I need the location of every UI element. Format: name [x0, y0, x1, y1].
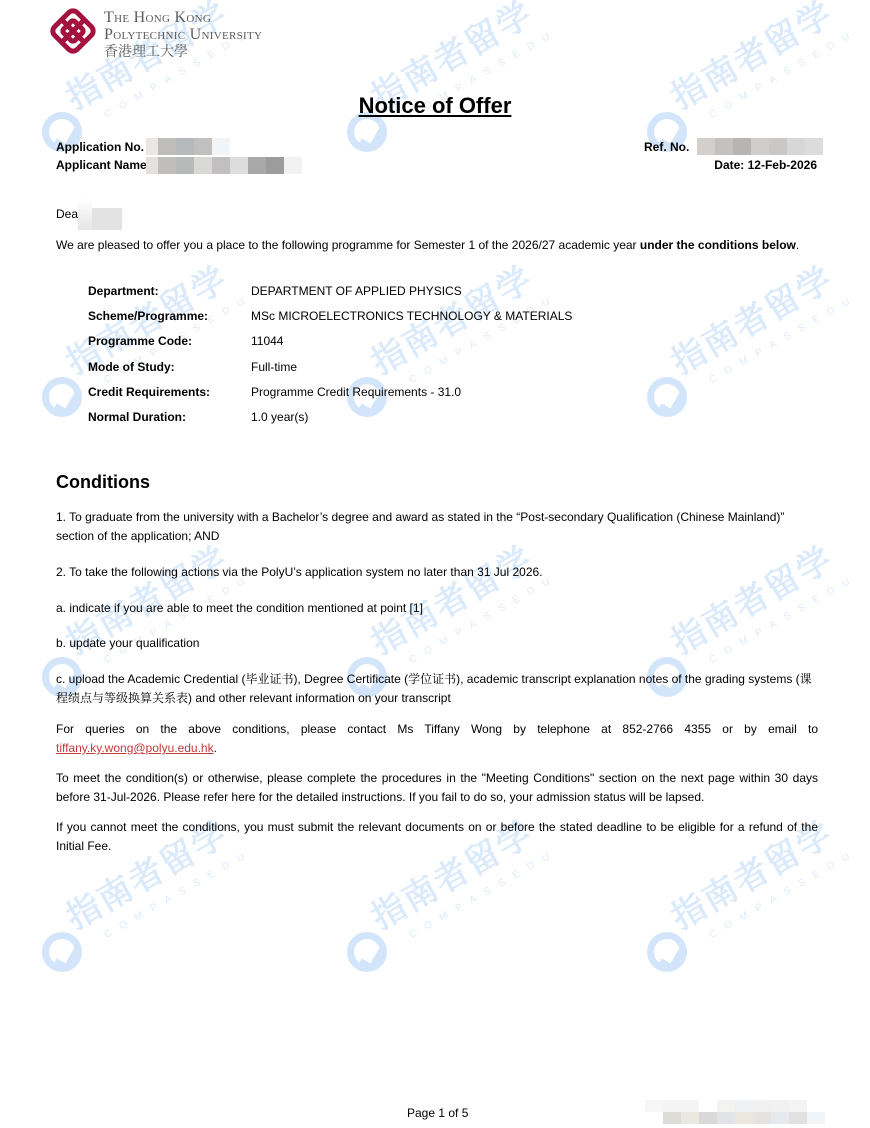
info-label: Mode of Study: [88, 360, 175, 374]
recipient-name-redacted [78, 198, 122, 230]
info-value: Programme Credit Requirements - 31.0 [251, 385, 461, 399]
page-title: Notice of Offer [0, 93, 870, 119]
meeting-conditions-paragraph: To meet the condition(s) or otherwise, p… [56, 769, 818, 807]
application-no-redacted [146, 138, 230, 155]
intro-paragraph: We are pleased to offer you a place to t… [56, 236, 818, 255]
refund-paragraph: If you cannot meet the conditions, you m… [56, 818, 818, 856]
watermark-logo-icon [42, 377, 82, 417]
condition-item-1: 1. To graduate from the university with … [56, 508, 818, 546]
info-value: 1.0 year(s) [251, 410, 308, 424]
conditions-heading: Conditions [56, 472, 150, 493]
applicant-name-redacted [146, 157, 302, 174]
university-name-line2: Polytechnic University [104, 26, 262, 43]
ref-no-label: Ref. No. [644, 140, 689, 154]
info-label: Scheme/Programme: [88, 309, 208, 323]
intro-text: We are pleased to offer you a place to t… [56, 238, 640, 252]
offer-date: Date: 12-Feb-2026 [714, 158, 817, 172]
watermark: 指南者留学COMPASSEDU [335, 305, 535, 445]
info-value: 11044 [251, 334, 283, 348]
condition-item-a: a. indicate if you are able to meet the … [56, 599, 818, 618]
watermark-logo-icon [42, 932, 82, 972]
contact-email-link[interactable]: tiffany.ky.wong@polyu.edu.hk [56, 741, 214, 755]
intro-end: . [796, 238, 799, 252]
watermark-subtext: COMPASSEDU [408, 291, 561, 386]
info-label: Programme Code: [88, 334, 192, 348]
university-name: The Hong Kong Polytechnic University 香港理… [104, 9, 262, 61]
ref-no-redacted [697, 138, 823, 155]
queries-paragraph: For queries on the above conditions, ple… [56, 720, 818, 758]
watermark: 指南者留学COMPASSEDU [30, 305, 230, 445]
queries-end: . [214, 741, 217, 755]
applicant-name-label: Applicant Name [56, 158, 147, 172]
watermark-text: 指南者留学 [661, 252, 841, 384]
watermark: 指南者留学COMPASSEDU [635, 305, 835, 445]
salutation: Dea [56, 205, 78, 224]
application-no-label: Application No. [56, 140, 144, 154]
watermark-subtext: COMPASSEDU [408, 846, 561, 941]
watermark-subtext: COMPASSEDU [103, 846, 256, 941]
watermark-logo-icon [347, 932, 387, 972]
info-value: DEPARTMENT OF APPLIED PHYSICS [251, 284, 462, 298]
info-value: MSc MICROELECTRONICS TECHNOLOGY & MATERI… [251, 309, 572, 323]
watermark-logo-icon [647, 932, 687, 972]
intro-bold-text: under the conditions below [640, 238, 796, 252]
university-name-line1: The Hong Kong [104, 9, 262, 26]
watermark-logo-icon [647, 377, 687, 417]
watermark-subtext: COMPASSEDU [708, 291, 861, 386]
footer-redacted [645, 1100, 825, 1124]
watermark-subtext: COMPASSEDU [708, 846, 861, 941]
polyu-logo-icon [50, 8, 96, 54]
condition-item-2: 2. To take the following actions via the… [56, 563, 818, 582]
watermark: 指南者留学COMPASSEDU [335, 860, 535, 1000]
info-value: Full-time [251, 360, 297, 374]
info-label: Department: [88, 284, 159, 298]
info-label: Credit Requirements: [88, 385, 210, 399]
info-label: Normal Duration: [88, 410, 186, 424]
page-indicator: Page 1 of 5 [407, 1106, 468, 1120]
condition-item-c: c. upload the Academic Credential (毕业证书)… [56, 670, 818, 708]
queries-text: For queries on the above conditions, ple… [56, 722, 818, 736]
university-name-chinese: 香港理工大學 [104, 43, 262, 61]
watermark: 指南者留学COMPASSEDU [635, 860, 835, 1000]
condition-item-b: b. update your qualification [56, 634, 818, 653]
watermark: 指南者留学COMPASSEDU [30, 860, 230, 1000]
